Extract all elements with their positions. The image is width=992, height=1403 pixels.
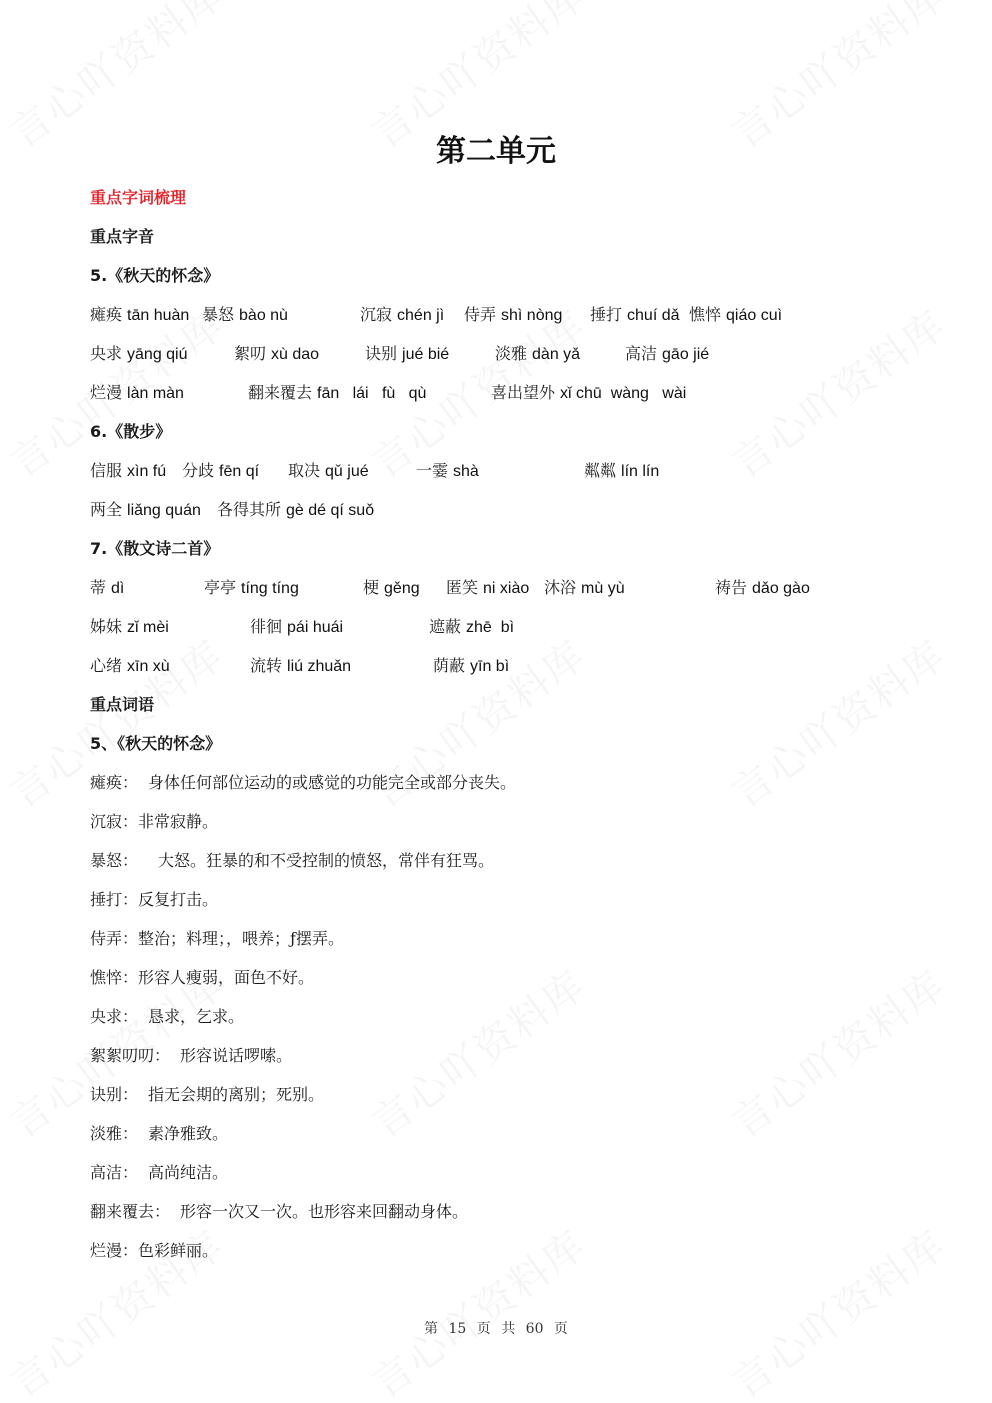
word-characters: 祷告: [715, 578, 747, 597]
word-characters: 暴怒: [202, 305, 234, 324]
vocabulary-item: 侍弄：整治；料理；，喂养；ƒ摆弄。: [90, 927, 344, 951]
vocabulary-item: 诀别：指无会期的离别；死别。: [90, 1083, 324, 1107]
word-characters: 瘫痪: [90, 305, 122, 324]
pronunciation-heading: 重点字音: [90, 225, 154, 249]
lesson-title: 7.《散文诗二首》: [90, 537, 219, 561]
vocabulary-item: 憔悴：形容人瘦弱，面色不好。: [90, 966, 314, 990]
vocabulary-term: 絮絮叨叨：: [90, 1046, 170, 1065]
word-pinyin: yīn bì: [470, 658, 509, 675]
word-pinyin: dǎo gào: [752, 580, 810, 597]
pinyin-entry: 诀别jué bié: [365, 342, 449, 366]
vocabulary-term: 翻来覆去：: [90, 1202, 170, 1221]
pinyin-entry: 各得其所gè dé qí suǒ: [217, 498, 374, 522]
word-pinyin: lín lín: [621, 463, 659, 480]
vocabulary-definition: 色彩鲜丽。: [138, 1241, 218, 1260]
vocabulary-definition: 形容一次又一次。也形容来回翻动身体。: [180, 1202, 468, 1221]
word-characters: 匿笑: [446, 578, 478, 597]
word-characters: 徘徊: [250, 617, 282, 636]
word-pinyin: xìn fú: [127, 463, 166, 480]
word-characters: 侍弄: [464, 305, 496, 324]
vocabulary-definition: 身体任何部位运动的或感觉的功能完全或部分丧失。: [148, 773, 516, 792]
word-characters: 亭亭: [204, 578, 236, 597]
vocabulary-term: 暴怒：: [90, 851, 138, 870]
pinyin-entry: 祷告dǎo gào: [715, 576, 810, 600]
pinyin-entry: 遮蔽zhē bì: [429, 615, 514, 639]
vocabulary-term: 淡雅：: [90, 1124, 138, 1143]
word-characters: 央求: [90, 344, 122, 363]
word-characters: 各得其所: [217, 500, 281, 519]
word-characters: 梗: [363, 578, 379, 597]
vocabulary-term: 瘫痪：: [90, 773, 138, 792]
vocabulary-item: 瘫痪：身体任何部位运动的或感觉的功能完全或部分丧失。: [90, 771, 516, 795]
vocabulary-item: 捶打：反复打击。: [90, 888, 218, 912]
word-characters: 粼粼: [584, 461, 616, 480]
vocabulary-item: 暴怒：大怒。狂暴的和不受控制的愤怒，常伴有狂骂。: [90, 849, 494, 873]
word-pinyin: shà: [453, 463, 479, 480]
pinyin-entry: 姊妹zǐ mèi: [90, 615, 169, 639]
vocabulary-term: 侍弄：: [90, 929, 138, 948]
word-characters: 絮叨: [234, 344, 266, 363]
vocabulary-item: 翻来覆去：形容一次又一次。也形容来回翻动身体。: [90, 1200, 468, 1224]
vocabulary-heading: 重点词语: [90, 693, 154, 717]
word-characters: 憔悴: [689, 305, 721, 324]
vocabulary-definition: 大怒。狂暴的和不受控制的愤怒，常伴有狂骂。: [158, 851, 494, 870]
pinyin-entry: 央求yāng qiú: [90, 342, 188, 366]
pinyin-entry: 憔悴qiáo cuì: [689, 303, 782, 327]
pinyin-entry: 流转liú zhuǎn: [250, 654, 351, 678]
vocabulary-item: 淡雅：素净雅致。: [90, 1122, 228, 1146]
vocabulary-definition: 整治；料理；，喂养；ƒ摆弄。: [138, 929, 344, 948]
pinyin-entry: 暴怒bào nù: [202, 303, 288, 327]
pinyin-entry: 喜出望外xǐ chū wàng wài: [491, 381, 686, 405]
word-characters: 荫蔽: [433, 656, 465, 675]
word-pinyin: bào nù: [239, 307, 288, 324]
word-pinyin: liǎng quán: [127, 502, 201, 519]
document-page: 第二单元 重点字词梳理 重点字音 5.《秋天的怀念》 瘫痪tān huàn暴怒b…: [0, 0, 992, 1403]
word-characters: 遮蔽: [429, 617, 461, 636]
word-pinyin: chuí dǎ: [627, 307, 679, 324]
section-heading: 重点字词梳理: [90, 186, 186, 210]
word-pinyin: dì: [111, 580, 124, 597]
vocabulary-definition: 反复打击。: [138, 890, 218, 909]
pinyin-entry: 沐浴mù yù: [544, 576, 625, 600]
lesson-title: 5.《秋天的怀念》: [90, 264, 219, 288]
word-pinyin: xǐ chū wàng wài: [560, 385, 686, 402]
vocabulary-definition: 形容说话啰嗦。: [180, 1046, 292, 1065]
word-pinyin: làn màn: [127, 385, 184, 402]
lesson-title: 6.《散步》: [90, 420, 171, 444]
word-pinyin: jué bié: [402, 346, 449, 363]
vocabulary-item: 沉寂：非常寂静。: [90, 810, 218, 834]
vocabulary-term: 诀别：: [90, 1085, 138, 1104]
pinyin-entry: 烂漫làn màn: [90, 381, 184, 405]
word-characters: 取决: [288, 461, 320, 480]
word-characters: 蒂: [90, 578, 106, 597]
vocabulary-term: 央求：: [90, 1007, 138, 1026]
word-pinyin: yāng qiú: [127, 346, 188, 363]
vocabulary-item: 高洁：高尚纯洁。: [90, 1161, 228, 1185]
word-pinyin: zhē bì: [466, 619, 514, 636]
word-characters: 沐浴: [544, 578, 576, 597]
pinyin-entry: 翻来覆去fān lái fù qù: [248, 381, 426, 405]
word-pinyin: tíng tíng: [241, 580, 299, 597]
pinyin-entry: 絮叨xù dao: [234, 342, 319, 366]
vocabulary-definition: 指无会期的离别；死别。: [148, 1085, 324, 1104]
word-pinyin: fēn qí: [219, 463, 259, 480]
vocabulary-definition: 形容人瘦弱，面色不好。: [138, 968, 314, 987]
page-footer: 第 15 页 共 60 页: [0, 1318, 992, 1338]
vocabulary-term: 憔悴：: [90, 968, 138, 987]
word-pinyin: xù dao: [271, 346, 319, 363]
word-characters: 心绪: [90, 656, 122, 675]
word-characters: 两全: [90, 500, 122, 519]
pinyin-entry: 荫蔽yīn bì: [433, 654, 509, 678]
word-characters: 姊妹: [90, 617, 122, 636]
pinyin-entry: 心绪xīn xù: [90, 654, 170, 678]
vocabulary-term: 烂漫：: [90, 1241, 138, 1260]
lesson-title: 5、《秋天的怀念》: [90, 732, 221, 756]
pinyin-entry: 沉寂chén jì: [360, 303, 444, 327]
vocabulary-item: 央求：恳求，乞求。: [90, 1005, 244, 1029]
pinyin-entry: 淡雅dàn yǎ: [495, 342, 580, 366]
word-characters: 信服: [90, 461, 122, 480]
pinyin-entry: 蒂dì: [90, 576, 124, 600]
pinyin-entry: 两全liǎng quán: [90, 498, 201, 522]
word-pinyin: qǔ jué: [325, 463, 369, 480]
word-characters: 高洁: [625, 344, 657, 363]
word-pinyin: fān lái fù qù: [317, 385, 426, 402]
pinyin-entry: 捶打chuí dǎ: [590, 303, 680, 327]
word-pinyin: pái huái: [287, 619, 343, 636]
word-characters: 喜出望外: [491, 383, 555, 402]
vocabulary-term: 沉寂：: [90, 812, 138, 831]
word-characters: 捶打: [590, 305, 622, 324]
pinyin-entry: 亭亭tíng tíng: [204, 576, 299, 600]
word-pinyin: liú zhuǎn: [287, 658, 351, 675]
vocabulary-item: 絮絮叨叨：形容说话啰嗦。: [90, 1044, 292, 1068]
word-pinyin: shì nòng: [501, 307, 562, 324]
pinyin-entry: 梗gěng: [363, 576, 420, 600]
vocabulary-item: 烂漫：色彩鲜丽。: [90, 1239, 218, 1263]
word-characters: 诀别: [365, 344, 397, 363]
word-characters: 分歧: [182, 461, 214, 480]
pinyin-entry: 高洁gāo jié: [625, 342, 709, 366]
vocabulary-term: 捶打：: [90, 890, 138, 909]
word-pinyin: gè dé qí suǒ: [286, 502, 374, 519]
word-characters: 淡雅: [495, 344, 527, 363]
pinyin-entry: 信服xìn fú: [90, 459, 166, 483]
word-pinyin: ni xiào: [483, 580, 529, 597]
vocabulary-term: 高洁：: [90, 1163, 138, 1182]
pinyin-entry: 徘徊pái huái: [250, 615, 343, 639]
pinyin-entry: 分歧fēn qí: [182, 459, 259, 483]
vocabulary-definition: 非常寂静。: [138, 812, 218, 831]
word-pinyin: gāo jié: [662, 346, 709, 363]
vocabulary-definition: 高尚纯洁。: [148, 1163, 228, 1182]
word-pinyin: qiáo cuì: [726, 307, 782, 324]
word-characters: 流转: [250, 656, 282, 675]
pinyin-entry: 粼粼lín lín: [584, 459, 659, 483]
vocabulary-definition: 素净雅致。: [148, 1124, 228, 1143]
vocabulary-definition: 恳求，乞求。: [148, 1007, 244, 1026]
word-characters: 翻来覆去: [248, 383, 312, 402]
pinyin-entry: 匿笑ni xiào: [446, 576, 529, 600]
word-pinyin: tān huàn: [127, 307, 189, 324]
word-characters: 一霎: [416, 461, 448, 480]
word-pinyin: mù yù: [581, 580, 625, 597]
word-pinyin: xīn xù: [127, 658, 170, 675]
page-title: 第二单元: [0, 126, 992, 170]
word-characters: 沉寂: [360, 305, 392, 324]
word-characters: 烂漫: [90, 383, 122, 402]
pinyin-entry: 瘫痪tān huàn: [90, 303, 189, 327]
pinyin-entry: 取决qǔ jué: [288, 459, 369, 483]
word-pinyin: gěng: [384, 580, 420, 597]
word-pinyin: zǐ mèi: [127, 619, 169, 636]
word-pinyin: chén jì: [397, 307, 444, 324]
pinyin-entry: 侍弄shì nòng: [464, 303, 562, 327]
pinyin-entry: 一霎shà: [416, 459, 479, 483]
word-pinyin: dàn yǎ: [532, 346, 580, 363]
